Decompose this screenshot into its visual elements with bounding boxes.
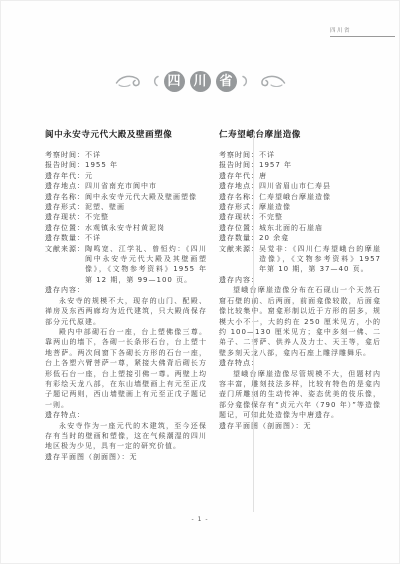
field-row: 报告时间：1955 年 [45, 160, 207, 170]
field-row: 文献来源：陶鸣宽、江学礼、曾恒灼：《四川阆中永安寺元代大殿及其壁画塑像》，《文物… [45, 244, 207, 286]
field-value: 摩崖造像 [259, 202, 381, 212]
field-value: 水观镇永安寺村黄泥岗 [85, 223, 207, 233]
field-row: 遗存形式：泥塑、壁画 [45, 202, 207, 212]
banner-char-circle: 川 [190, 71, 211, 92]
features-paragraph: 永安寺作为一座元代的木建筑，至今还保存有当时的壁画和塑像，这在气候潮湿的四川地区… [45, 421, 207, 452]
running-header: 四川省 [330, 26, 395, 37]
field-label: 遗存名称： [45, 192, 85, 202]
field-value: 不完整 [85, 212, 207, 222]
page-number: - 1 - [0, 516, 400, 523]
column-divider [253, 132, 254, 512]
content-paragraph: 殿内中部砌石台一座，台上塑佛像三尊。靠两山的墙下，各砌一长条形石台，台上塑十地菩… [45, 327, 207, 410]
field-label: 遗存地点： [45, 181, 85, 191]
field-row: 考察时间：不详 [219, 150, 381, 160]
field-value: 元 [85, 171, 207, 181]
field-value: 四川省南充市阆中市 [85, 181, 207, 191]
field-label: 考察时间： [45, 150, 85, 160]
field-row: 遗存年代：唐 [219, 171, 381, 181]
field-value: 吴觉非：《四川仁寿望峨台的摩崖造像》，《文物参考资料》1957 年第 10 期，… [259, 244, 381, 275]
features-section-label: 遗存特点： [219, 358, 381, 368]
content-paragraph: 永安寺的规模不大，现存的山门、配殿、禅房及东西两廊均为近代建筑，只大殿尚保存部分… [45, 296, 207, 327]
banner-flourish-right-icon [252, 73, 286, 89]
field-value: 20 余龛 [259, 233, 381, 243]
field-value: 城东北面的石崖庙 [259, 223, 381, 233]
chapter-banner: 四 川 省 [0, 64, 400, 98]
field-row: 遗存位置：城东北面的石崖庙 [219, 223, 381, 233]
field-value: 不完整 [259, 212, 381, 222]
field-label: 遗存形式： [45, 202, 85, 212]
plan-line: 遗存平面图（剖面图）：无 [45, 452, 207, 462]
plan-line: 遗存平面图（剖面图）：无 [219, 421, 381, 431]
field-value: 仁寿望峨台摩崖造像 [259, 192, 381, 202]
field-label: 遗存年代： [45, 171, 85, 181]
field-row: 遗存年代：元 [45, 171, 207, 181]
field-row: 遗存名称：阆中永安寺元代大殿及壁画塑像 [45, 192, 207, 202]
banner-char-circle: 四 [164, 71, 185, 92]
banner-flourish-left-icon [115, 73, 149, 89]
field-row: 遗存现状：不完整 [219, 212, 381, 222]
field-label: 报告时间： [45, 160, 85, 170]
banner-curl-right-icon [241, 75, 249, 87]
field-row: 报告时间：1957 年 [219, 160, 381, 170]
field-value: 阆中永安寺元代大殿及壁画塑像 [85, 192, 207, 202]
field-row: 遗存现状：不完整 [45, 212, 207, 222]
banner-char-circle: 省 [216, 71, 237, 92]
field-value: 唐 [259, 171, 381, 181]
entry-title: 阆中永安寺元代大殿及壁画塑像 [45, 130, 207, 141]
field-row: 遗存地点：四川省南充市阆中市 [45, 181, 207, 191]
content-section-label: 遗存内容： [219, 275, 381, 285]
field-row: 遗存地点：四川省眉山市仁寿县 [219, 181, 381, 191]
field-value: 泥塑、壁画 [85, 202, 207, 212]
field-value: 不详 [259, 150, 381, 160]
field-row: 文献来源：吴觉非：《四川仁寿望峨台的摩崖造像》，《文物参考资料》1957 年第 … [219, 244, 381, 275]
field-value: 1957 年 [259, 160, 381, 170]
field-label: 遗存数量： [45, 233, 85, 243]
field-row: 遗存数量：不详 [45, 233, 207, 243]
field-row: 考察时间：不详 [45, 150, 207, 160]
field-row: 遗存名称：仁寿望峨台摩崖造像 [219, 192, 381, 202]
content-section-label: 遗存内容： [45, 285, 207, 295]
entry-langzhong: 阆中永安寺元代大殿及壁画塑像 考察时间：不详 报告时间：1955 年 遗存年代：… [45, 130, 207, 462]
field-label: 文献来源： [45, 244, 85, 286]
features-section-label: 遗存特点： [45, 410, 207, 420]
entry-renshou: 仁寿望峨台摩崖造像 考察时间：不详 报告时间：1957 年 遗存年代：唐 遗存地… [219, 130, 381, 462]
field-row: 遗存数量：20 余龛 [219, 233, 381, 243]
field-label: 遗存位置： [45, 223, 85, 233]
field-value: 不详 [85, 150, 207, 160]
banner-curl-left-icon [152, 75, 160, 87]
two-column-body: 阆中永安寺元代大殿及壁画塑像 考察时间：不详 报告时间：1955 年 遗存年代：… [45, 130, 381, 462]
field-value: 1955 年 [85, 160, 207, 170]
field-row: 遗存形式：摩崖造像 [219, 202, 381, 212]
content-paragraph: 望峨台摩崖造像分布在石砚山一个天然石窟石壁的前、后两面，前面龛像较散，后面龛像比… [219, 285, 381, 358]
entry-title: 仁寿望峨台摩崖造像 [219, 130, 381, 141]
field-label: 遗存现状： [45, 212, 85, 222]
field-value: 四川省眉山市仁寿县 [259, 181, 381, 191]
field-value: 不详 [85, 233, 207, 243]
field-value: 陶鸣宽、江学礼、曾恒灼：《四川阆中永安寺元代大殿及其壁画塑像》，《文物参考资料》… [85, 244, 207, 286]
field-row: 遗存位置：水观镇永安寺村黄泥岗 [45, 223, 207, 233]
features-paragraph: 望峨台摩崖造像尽管规模不大，但题材内容丰富，雕刻技法多样，比较有特色的是龛内壶门… [219, 369, 381, 421]
